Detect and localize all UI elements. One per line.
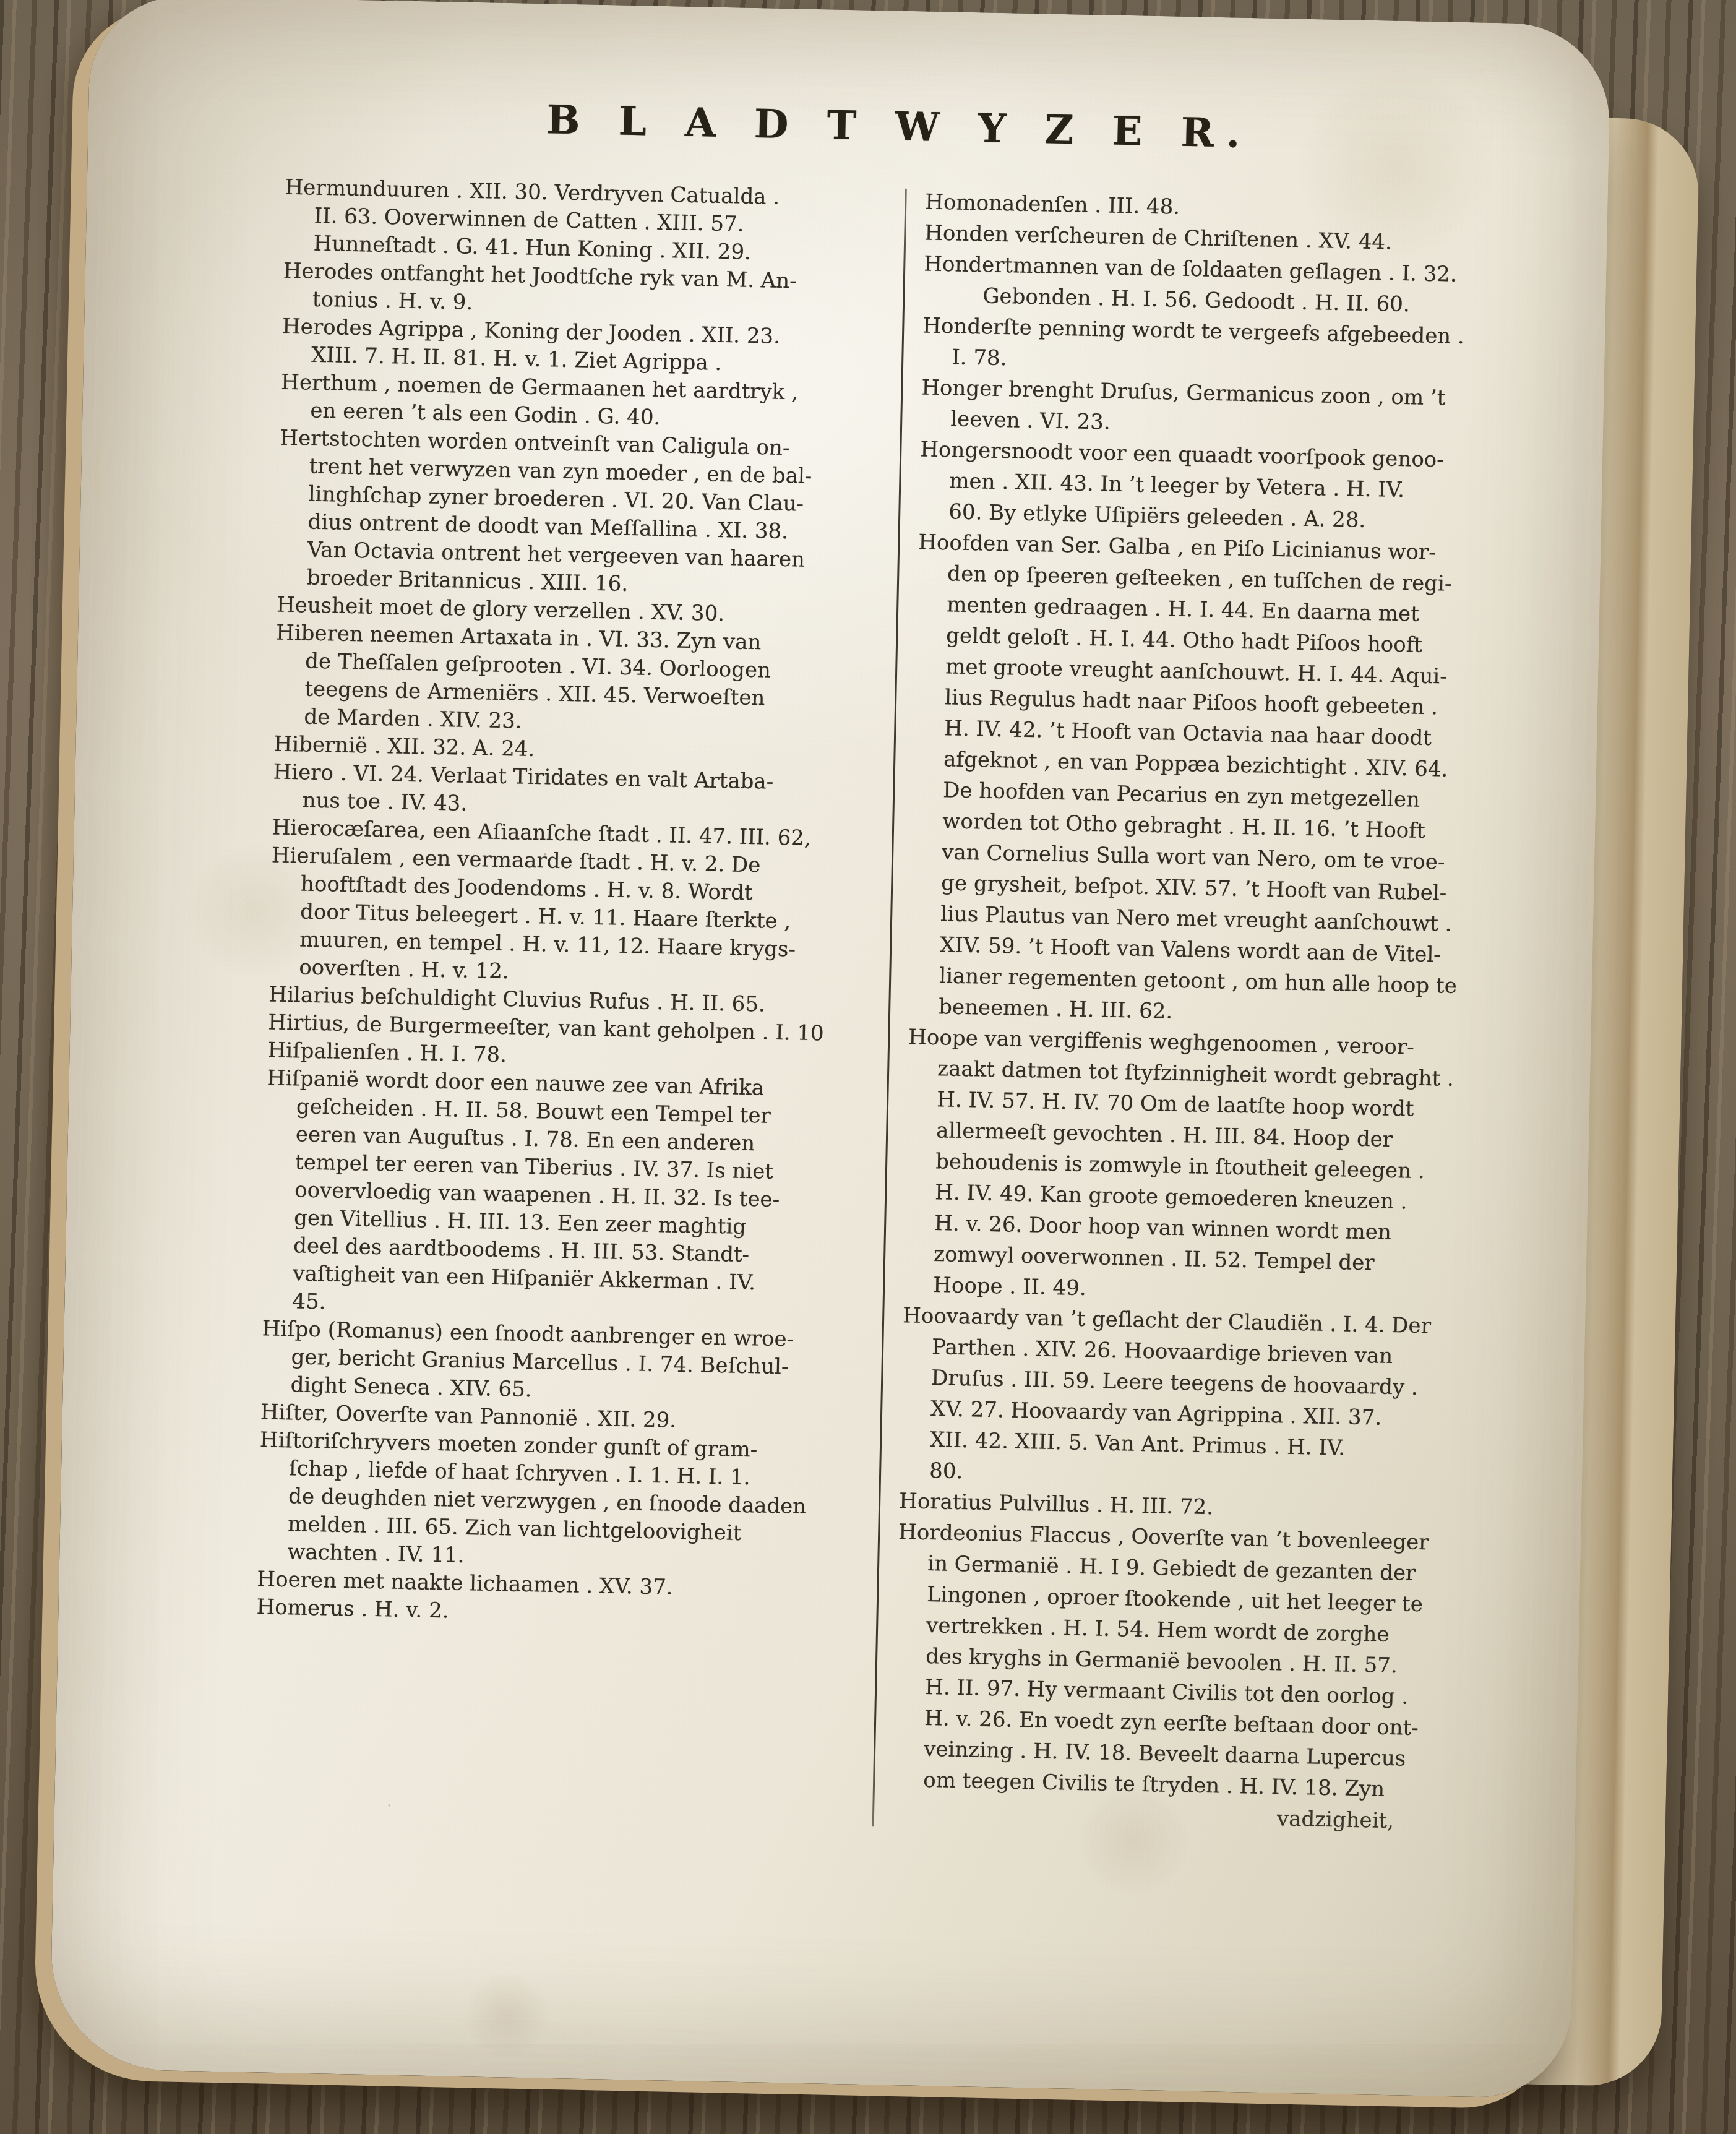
- left-column-lines: Hermunduuren . XII. 30. Verdryven Catual…: [256, 174, 896, 1633]
- columns-container: Hermunduuren . XII. 30. Verdryven Catual…: [252, 174, 1511, 1839]
- page-content: B L A D T W Y Z E R. Hermunduuren . XII.…: [252, 92, 1513, 1839]
- page-title: B L A D T W Y Z E R.: [286, 92, 1513, 163]
- photo-background: B L A D T W Y Z E R. Hermunduuren . XII.…: [0, 0, 1736, 2134]
- book-page: B L A D T W Y Z E R. Hermunduuren . XII.…: [49, 0, 1612, 2099]
- right-column: Homonadenſen . III. 48.Honden verſcheure…: [893, 186, 1507, 1838]
- left-column: Hermunduuren . XII. 30. Verdryven Catual…: [252, 174, 896, 1826]
- right-column-lines: Homonadenſen . III. 48.Honden verſcheure…: [893, 186, 1507, 1806]
- book-page-group: B L A D T W Y Z E R. Hermunduuren . XII.…: [49, 0, 1687, 2123]
